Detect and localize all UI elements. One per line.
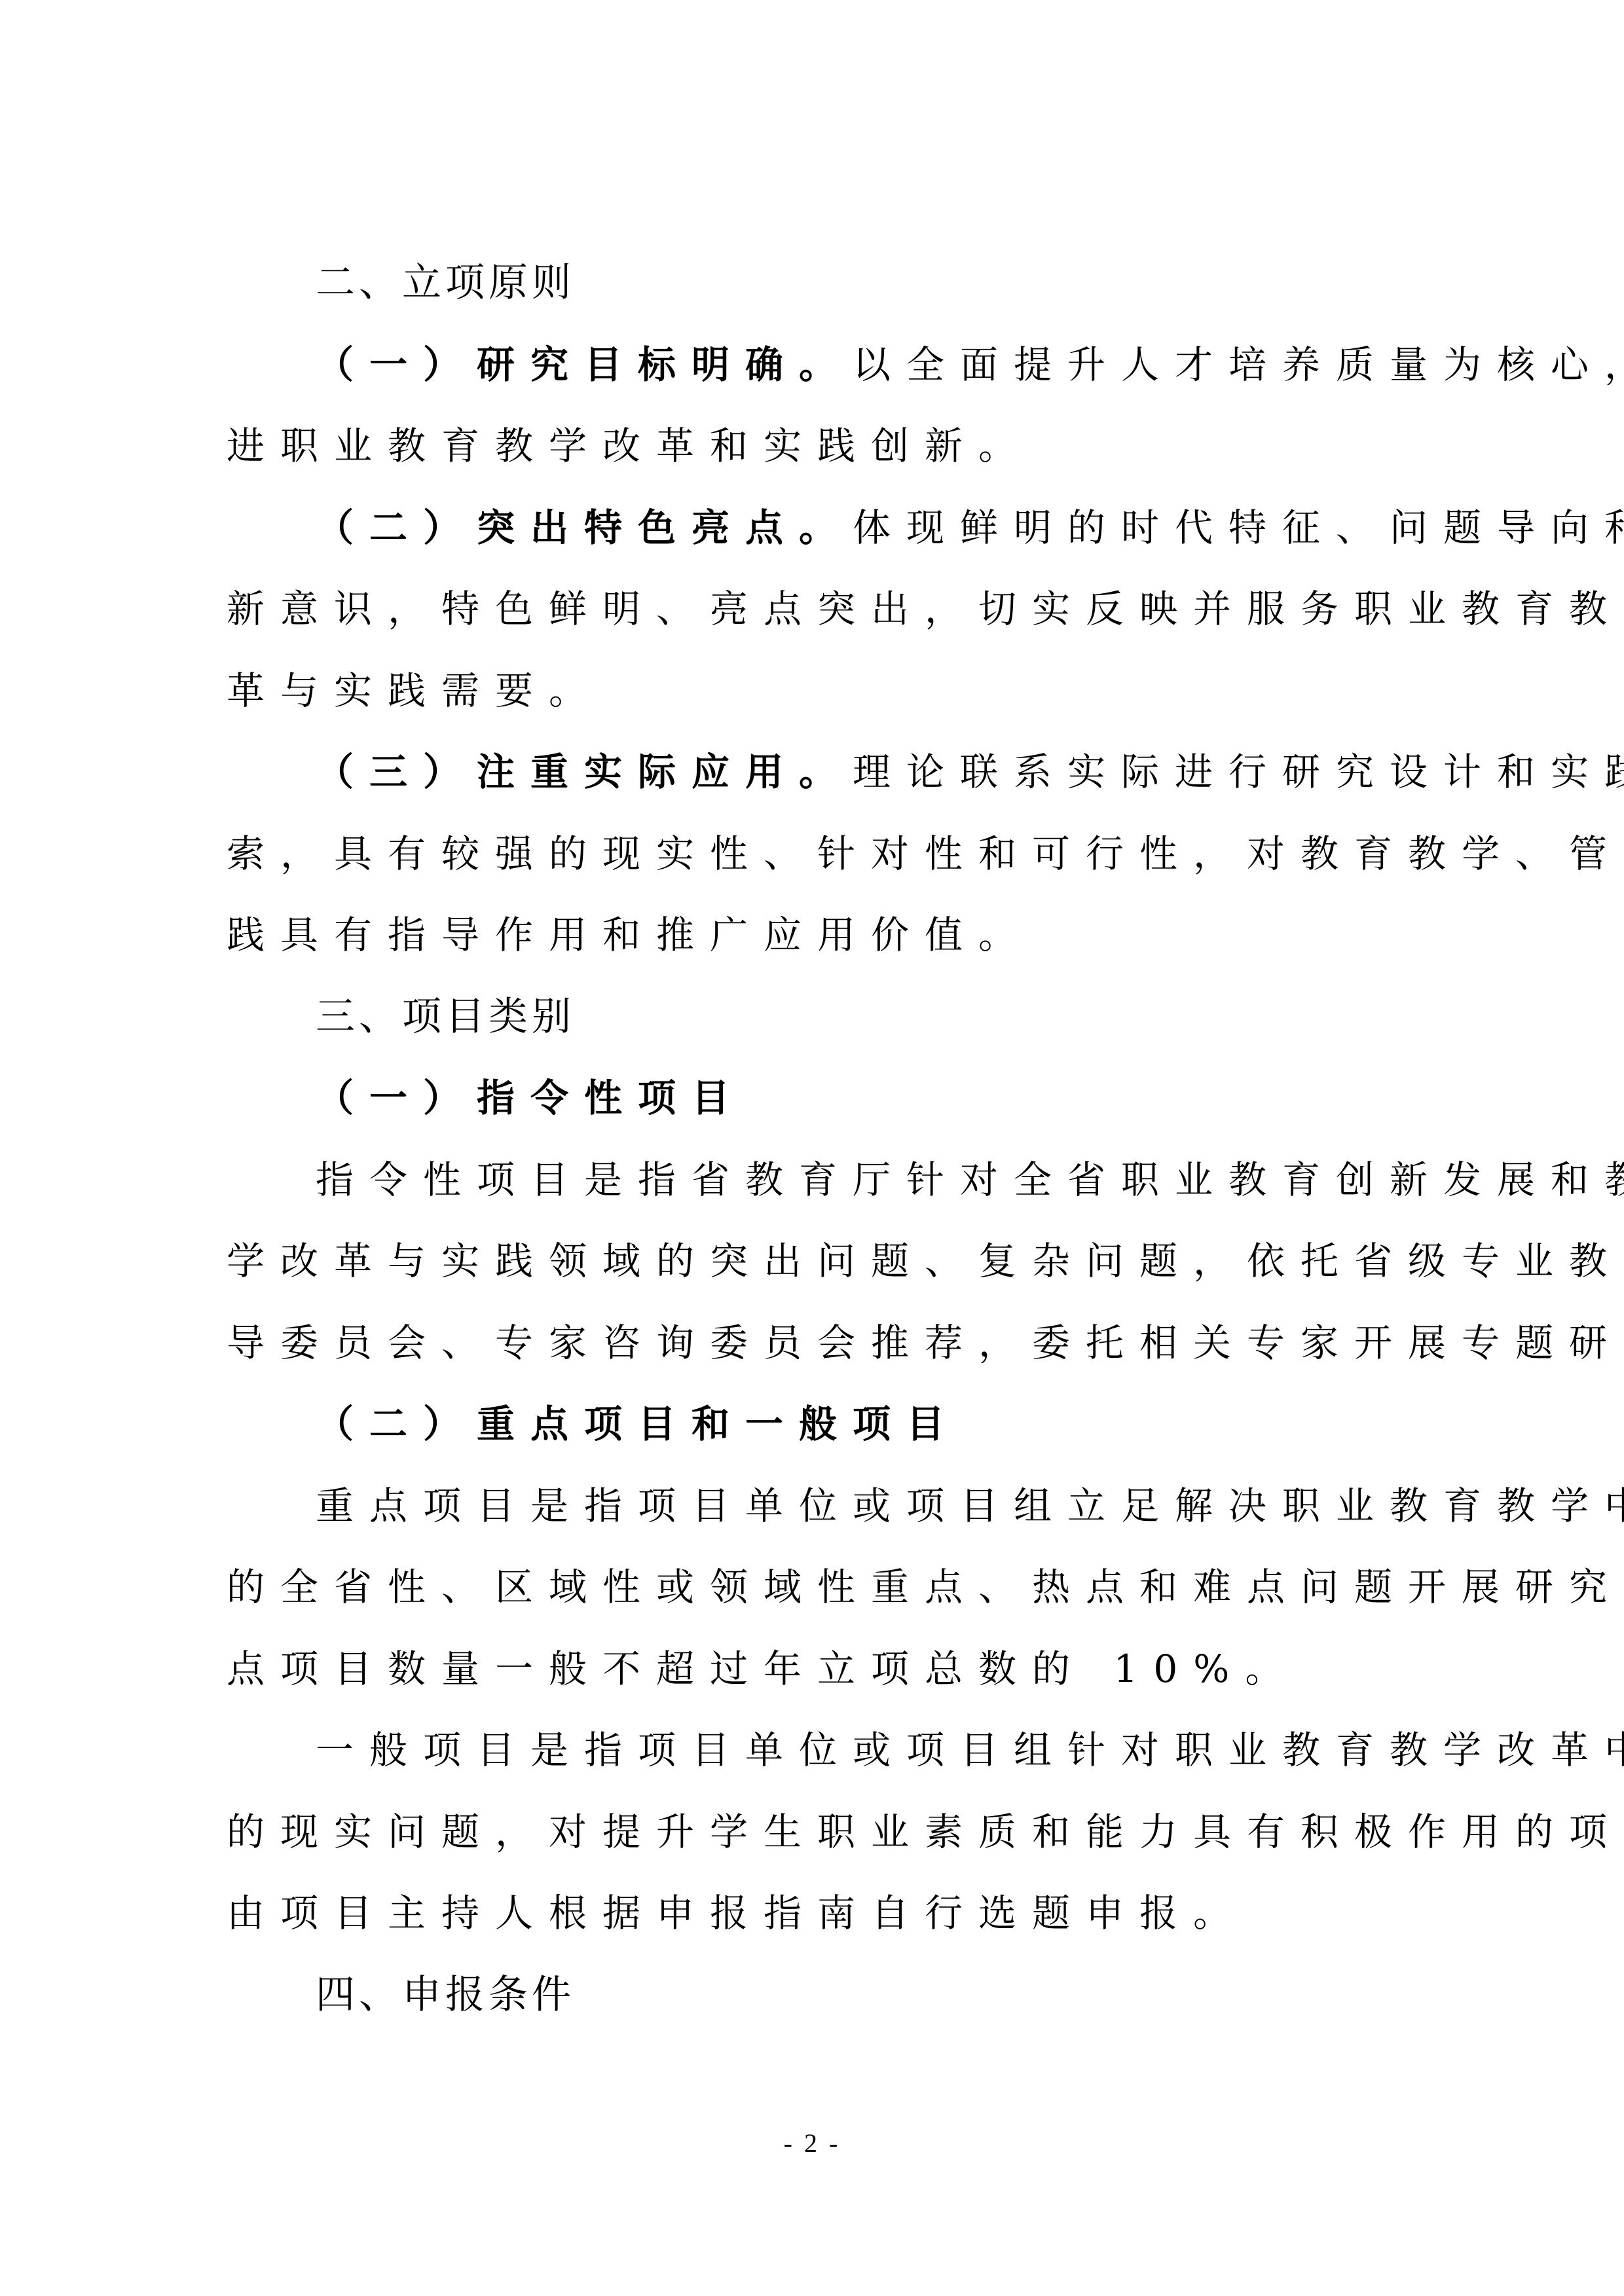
principle-item-3: （三）注重实际应用。理论联系实际进行研究设计和实践探 bbox=[227, 731, 1405, 813]
principle-1-text: 以全面提升人才培养质量为核心，促 bbox=[853, 342, 1624, 387]
page-number: - 2 - bbox=[0, 2128, 1624, 2159]
key-para-line-2: 的全省性、区域性或领域性重点、热点和难点问题开展研究。重 bbox=[227, 1546, 1405, 1628]
principle-2-text: 体现鲜明的时代特征、问题导向和创 bbox=[853, 505, 1624, 550]
principle-3-line-2: 索，具有较强的现实性、针对性和可行性，对教育教学、管理实 bbox=[227, 813, 1405, 895]
principle-item-1: （一）研究目标明确。以全面提升人才培养质量为核心，促 bbox=[227, 324, 1405, 406]
general-para-line-2: 的现实问题，对提升学生职业素质和能力具有积极作用的项目， bbox=[227, 1791, 1405, 1873]
directive-para-line-1: 指令性项目是指省教育厅针对全省职业教育创新发展和教 bbox=[227, 1139, 1405, 1221]
directive-para-line-3: 导委员会、专家咨询委员会推荐，委托相关专家开展专题研究。 bbox=[227, 1302, 1405, 1384]
document-page: 二、立项原则 （一）研究目标明确。以全面提升人才培养质量为核心，促 进职业教育教… bbox=[0, 0, 1624, 2296]
document-body: 二、立项原则 （一）研究目标明确。以全面提升人才培养质量为核心，促 进职业教育教… bbox=[227, 242, 1405, 2035]
principle-3-line-3: 践具有指导作用和推广应用价值。 bbox=[227, 894, 1405, 976]
subheading-key-general-projects: （二）重点项目和一般项目 bbox=[227, 1383, 1405, 1465]
key-para-line-3: 点项目数量一般不超过年立项总数的 10%。 bbox=[227, 1628, 1405, 1710]
general-para-line-1: 一般项目是指项目单位或项目组针对职业教育教学改革中 bbox=[227, 1709, 1405, 1791]
principle-2-line-3: 革与实践需要。 bbox=[227, 650, 1405, 732]
subheading-directive-projects: （一）指令性项目 bbox=[227, 1057, 1405, 1139]
key-para-line-1: 重点项目是指项目单位或项目组立足解决职业教育教学中 bbox=[227, 1465, 1405, 1547]
principle-1-line-2: 进职业教育教学改革和实践创新。 bbox=[227, 405, 1405, 487]
directive-para-line-2: 学改革与实践领域的突出问题、复杂问题，依托省级专业教学指 bbox=[227, 1220, 1405, 1302]
principle-item-2: （二）突出特色亮点。体现鲜明的时代特征、问题导向和创 bbox=[227, 487, 1405, 569]
section-heading-categories: 三、项目类别 bbox=[227, 976, 1405, 1058]
principle-2-line-2: 新意识，特色鲜明、亮点突出，切实反映并服务职业教育教学改 bbox=[227, 568, 1405, 650]
section-heading-principles: 二、立项原则 bbox=[227, 242, 1405, 324]
principle-3-lead: （三）注重实际应用。 bbox=[316, 750, 853, 794]
general-para-line-3: 由项目主持人根据申报指南自行选题申报。 bbox=[227, 1872, 1405, 1954]
principle-2-lead: （二）突出特色亮点。 bbox=[316, 505, 853, 550]
principle-1-lead: （一）研究目标明确。 bbox=[316, 342, 853, 387]
principle-3-text: 理论联系实际进行研究设计和实践探 bbox=[853, 750, 1624, 794]
section-heading-requirements: 四、申报条件 bbox=[227, 1954, 1405, 2036]
